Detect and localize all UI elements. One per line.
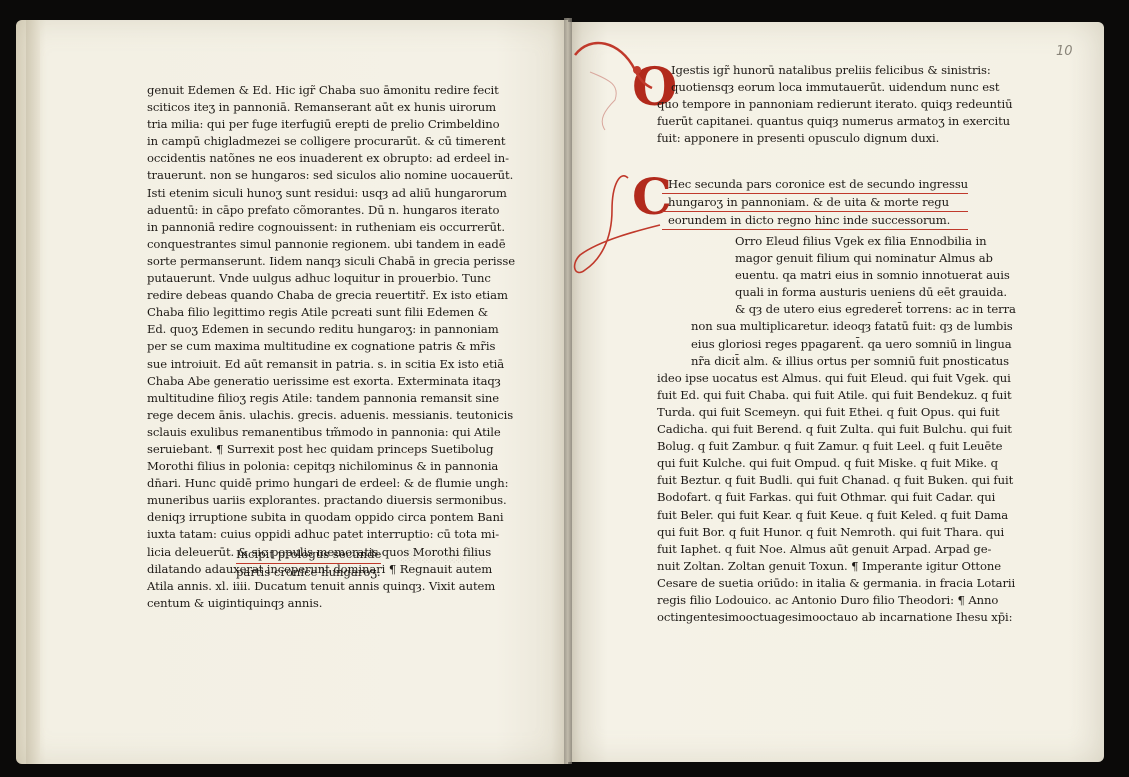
text-line: fuit Ed. qui fuit Chaba. qui fuit Atile.… [657, 387, 1016, 404]
text-line: in pannoniā redire cognouissent: in ruth… [147, 219, 487, 236]
text-line: Chaba Abe generatio uerissime est exorta… [147, 373, 487, 390]
text-line: genuit Edemen & Ed. Hic igr̃ Chaba suo ā… [147, 82, 487, 99]
text-line: sclauis exulibus remanentibus tm̃modo in… [147, 424, 487, 441]
incipit-line: partis cronice hungaroʒ. [236, 564, 381, 581]
text-line: putauerunt. Vnde uulgus adhuc loquitur i… [147, 270, 487, 287]
text-line: Cesare de suetia oriūdo: in italia & ger… [657, 575, 1016, 592]
text-line: & qȝ de utero eius egrederet̄ torrens: a… [657, 301, 1016, 318]
text-line: deniqȝ irruptione subita in quodam oppid… [147, 509, 487, 526]
right-prologue-text: Igestis igr̃ hunorū natalibus preliis fe… [657, 62, 1012, 147]
text-line: per se cum maxima multitudine ex cognati… [147, 338, 487, 355]
text-line: fuerūt capitanei. quantus quiqȝ numerus … [657, 113, 1012, 130]
text-line: muneribus uariis explorantes. practando … [147, 492, 487, 509]
text-line: octingentesimooctuagesimooctauo ab incar… [657, 609, 1016, 626]
text-line: Morothi filius in polonia: cepitqȝ nichi… [147, 458, 487, 475]
text-line: Chaba filio legittimo regis Atile pcreat… [147, 304, 487, 321]
left-page-text: genuit Edemen & Ed. Hic igr̃ Chaba suo ā… [147, 82, 487, 612]
text-line: Cadicha. qui fuit Berend. q fuit Zulta. … [657, 421, 1016, 438]
text-line: quotiensqȝ eorum loca immutauerūt. uiden… [657, 79, 1012, 96]
text-line: conquestrantes simul pannonie regionem. … [147, 236, 487, 253]
text-line: quali in forma austuris ueniens dū eēt g… [657, 284, 1016, 301]
text-line: qui fuit Bor. q fuit Hunor. q fuit Nemro… [657, 524, 1016, 541]
heading-line: hungaroʒ in pannoniam. & de uita & morte… [662, 194, 968, 212]
text-line: dn̄ari. Hunc quidē primo hungari de erde… [147, 475, 487, 492]
text-line: eius gloriosi reges ppagarent̄. qa uero … [657, 336, 1016, 353]
text-line: Bolug. q fuit Zambur. q fuit Zamur. q fu… [657, 438, 1016, 455]
text-line: seruiebant. ¶ Surrexit post hec quidam p… [147, 441, 487, 458]
right-section-heading: Hec secunda pars coronice est de secundo… [662, 176, 968, 230]
text-line: in campū chigladmezei se colligere procu… [147, 133, 487, 150]
text-line: qui fuit Kulche. qui fuit Ompud. q fuit … [657, 455, 1016, 472]
text-line: nuit Zoltan. Zoltan genuit Toxun. ¶ Impe… [657, 558, 1016, 575]
book-gutter [564, 18, 572, 764]
text-line: fuit Iaphet. q fuit Noe. Almus aūt genui… [657, 541, 1016, 558]
text-line: occidentis natõnes ne eos inuaderent ex … [147, 150, 487, 167]
text-line: non sua multiplicaretur. ideoqȝ fatatū f… [657, 318, 1016, 335]
heading-line: eorundem in dicto regno hinc inde succes… [662, 212, 968, 230]
incipit-prologue: Incipit prologus secunde partis cronice … [236, 546, 381, 581]
text-line: ideo ipse uocatus est Almus. qui fuit El… [657, 370, 1016, 387]
text-line: aduentū: in cāpo prefato cõmorantes. Dū … [147, 202, 487, 219]
text-line: trauerunt. non se hungaros: sed siculos … [147, 167, 487, 184]
text-line: sue introiuit. Ed aūt remansit in patria… [147, 356, 487, 373]
text-line: redire debeas quando Chaba de grecia reu… [147, 287, 487, 304]
text-line: sciticos iteʒ in pannoniā. Remanserant a… [147, 99, 487, 116]
text-line: Ed. quoʒ Edemen in secundo reditu hungar… [147, 321, 487, 338]
text-line: magor genuit filium qui nominatur Almus … [657, 250, 1016, 267]
text-line: regis filio Lodouico. ac Antonio Duro fi… [657, 592, 1016, 609]
text-line: fuit Beztur. q fuit Budli. qui fuit Chan… [657, 472, 1016, 489]
text-line: Orro Eleud filius Vgek ex filia Ennodbil… [657, 233, 1016, 250]
text-line: fuit: apponere in presenti opusculo dign… [657, 130, 1012, 147]
page-number: 10 [1056, 44, 1073, 59]
text-line: Igestis igr̃ hunorū natalibus preliis fe… [657, 62, 1012, 79]
text-line: centum & uigintiquinqȝ annis. [147, 595, 487, 612]
text-line: quo tempore in pannoniam redierunt itera… [657, 96, 1012, 113]
incipit-line: Incipit prologus secunde [236, 546, 381, 564]
text-line: multitudine filioʒ regis Atile: tandem p… [147, 390, 487, 407]
text-line: Bodofart. q fuit Farkas. qui fuit Othmar… [657, 489, 1016, 506]
heading-line: Hec secunda pars coronice est de secundo… [662, 176, 968, 194]
text-line: euentu. qa matri eius in somnio innotuer… [657, 267, 1016, 284]
text-line: tria milia: qui per fuge iterfugiū erept… [147, 116, 487, 133]
text-line: sorte permanserunt. Iidem nanqȝ siculi C… [147, 253, 487, 270]
text-line: rege decem ānis. ulachis. grecis. adueni… [147, 407, 487, 424]
text-line: Turda. qui fuit Scemeyn. qui fuit Ethei.… [657, 404, 1016, 421]
text-line: Isti etenim siculi hunoʒ sunt residui: u… [147, 185, 487, 202]
text-line: fuit Beler. qui fuit Kear. q fuit Keue. … [657, 507, 1016, 524]
right-main-text: Orro Eleud filius Vgek ex filia Ennodbil… [657, 233, 1016, 626]
text-line: nr̃a dicit̄ alm. & illius ortus per somn… [657, 353, 1016, 370]
book-spread: ░░░░░░░░░░ genuit Edemen & Ed. Hic igr̃ … [0, 0, 1129, 777]
text-line: iuxta tatam: cuius oppidi adhuc patet in… [147, 526, 487, 543]
